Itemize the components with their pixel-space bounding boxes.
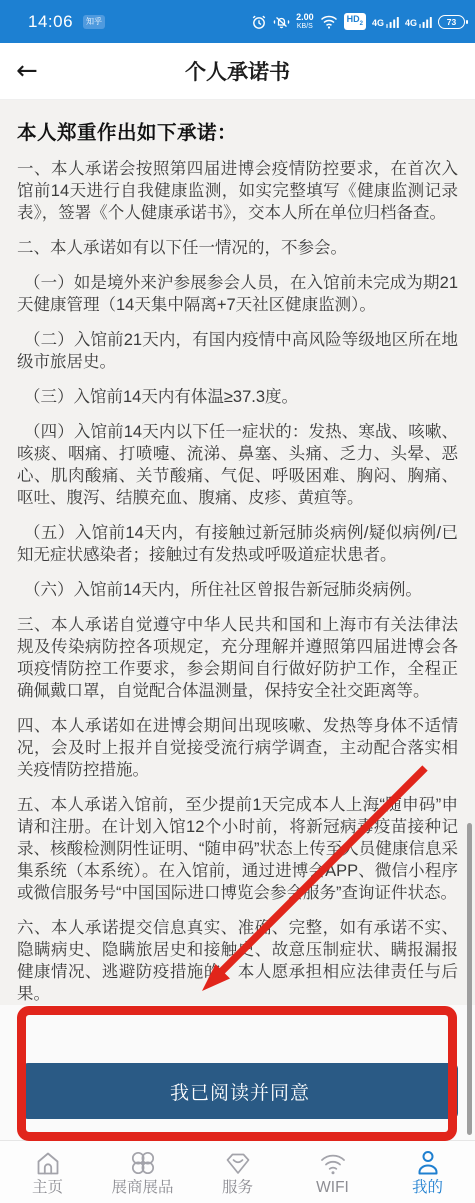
clover-icon — [128, 1148, 158, 1178]
commitment-paragraph: 四、本人承诺如在进博会期间出现咳嗽、发热等身体不适情况，会及时上报并自觉接受流行… — [17, 715, 458, 781]
battery-icon: 73 — [438, 15, 465, 29]
tab-label: 展商展品 — [111, 1179, 173, 1196]
commitment-paragraph: 二、本人承诺如有以下任一情况的，不参会。 — [17, 237, 458, 259]
tab-exhibitors[interactable]: 展商展品 — [95, 1141, 190, 1203]
tab-mine[interactable]: 我的 — [380, 1141, 475, 1203]
commitment-paragraph: （五）入馆前14天内，有接触过新冠肺炎病例/疑似病例/已知无症状感染者；接触过有… — [17, 522, 458, 566]
network-speed-indicator: 2.00 KB/S — [296, 13, 314, 31]
commitment-paragraph: （六）入馆前14天内，所住社区曾报告新冠肺炎病例。 — [17, 579, 458, 601]
tab-label: 我的 — [412, 1179, 443, 1196]
clock-time: 14:06 — [28, 12, 73, 32]
back-icon[interactable]: ← — [16, 58, 38, 84]
home-icon — [33, 1148, 63, 1178]
commitment-paragraph: （三）入馆前14天内有体温≥37.3度。 — [17, 386, 458, 408]
diamond-icon — [223, 1148, 253, 1178]
commitment-paragraph: 五、本人承诺入馆前，至少提前1天完成本人上海“随申码”申请和注册。在计划入馆12… — [17, 794, 458, 904]
wifi-icon — [320, 15, 338, 29]
navigation-bar: ← 个人承诺书 — [0, 43, 475, 100]
agree-button[interactable]: 我已阅读并同意 — [22, 1063, 458, 1119]
commitment-paragraph: 六、本人承诺提交信息真实、准确、完整，如有承诺不实、隐瞒病史、隐瞒旅居史和接触史… — [17, 917, 458, 1005]
status-bar: 14:06 知乎 2.00 KB/S — [0, 0, 475, 43]
bottom-tab-bar: 主页 展商展品 服务 — [0, 1140, 475, 1203]
zhihu-notification-badge: 知乎 — [83, 15, 105, 29]
alarm-icon — [251, 14, 267, 30]
commitment-paragraph: 一、本人承诺会按照第四届进博会疫情防控要求，在首次入馆前14天进行自我健康监测，… — [17, 158, 458, 224]
commitment-heading: 本人郑重作出如下承诺： — [17, 117, 458, 145]
tab-label: WIFI — [316, 1179, 349, 1196]
tab-wifi[interactable]: WIFI — [285, 1141, 380, 1203]
bottom-action-panel: 我已阅读并同意 — [0, 1005, 475, 1140]
scrollbar[interactable] — [467, 823, 472, 1135]
tab-label: 主页 — [32, 1179, 63, 1196]
hd-voice-icon: HD2 — [344, 13, 366, 31]
tab-label: 服务 — [222, 1179, 253, 1196]
tab-services[interactable]: 服务 — [190, 1141, 285, 1203]
wifi-icon — [317, 1148, 349, 1178]
commitment-paragraph: （二）入馆前21天内，有国内疫情中高风险等级地区所在地级市旅居史。 — [17, 329, 458, 373]
commitment-paragraph: 三、本人承诺自觉遵守中华人民共和国和上海市有关法律法规及传染病防控各项规定，充分… — [17, 614, 458, 702]
app-screen: 14:06 知乎 2.00 KB/S — [0, 0, 475, 1203]
mute-icon — [273, 14, 290, 30]
signal-bars-icon: 4G — [372, 15, 399, 28]
commitment-text-area[interactable]: 本人郑重作出如下承诺： 一、本人承诺会按照第四届进博会疫情防控要求，在首次入馆前… — [0, 100, 475, 1005]
tab-home[interactable]: 主页 — [0, 1141, 95, 1203]
person-icon — [413, 1148, 443, 1178]
page-title: 个人承诺书 — [185, 56, 290, 86]
commitment-paragraph: （一）如是境外来沪参展参会人员，在入馆前未完成为期21天健康管理（14天集中隔离… — [17, 272, 458, 316]
signal-bars-icon: 4G — [405, 15, 432, 28]
commitment-paragraph: （四）入馆前14天内以下任一症状的：发热、寒战、咳嗽、咳痰、咽痛、打喷嚏、流涕、… — [17, 421, 458, 509]
